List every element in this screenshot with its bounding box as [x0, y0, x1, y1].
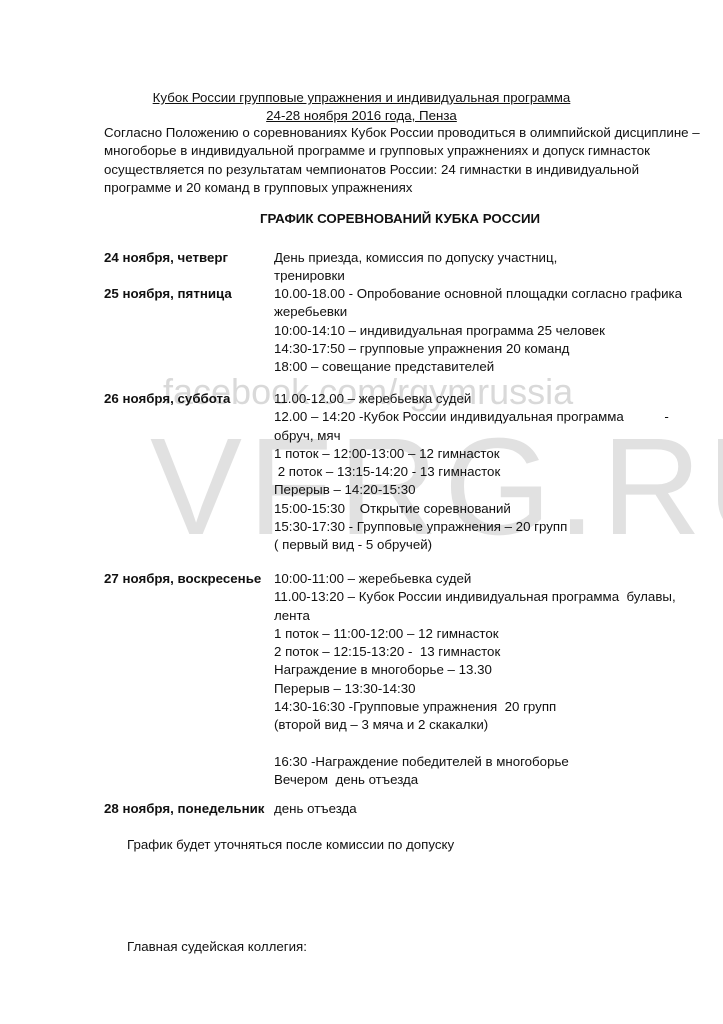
schedule-line: день отъезда: [274, 800, 714, 818]
schedule-line: 2 поток – 13:15-14:20 - 13 гимнасток: [274, 463, 714, 481]
schedule-line: 14:30-17:50 – групповые упражнения 20 ко…: [274, 340, 714, 358]
day-schedule: 11.00-12.00 – жеребьевка судей12.00 – 14…: [274, 390, 714, 555]
schedule-line: Перерыв – 13:30-14:30: [274, 680, 714, 698]
document-subtitle-dates: 24-28 ноября 2016 года, Пенза: [0, 107, 723, 125]
schedule-line: 15:30-17:30 - Групповые упражнения – 20 …: [274, 518, 714, 536]
schedule-line: 14:30-16:30 -Групповые упражнения 20 гру…: [274, 698, 714, 716]
day-label: 25 ноября, пятница: [104, 285, 232, 303]
schedule-line: 10:00-11:00 – жеребьевка судей: [274, 570, 714, 588]
schedule-line: 10.00-18.00 - Опробование основной площа…: [274, 285, 714, 303]
schedule-line: 12.00 – 14:20 -Кубок России индивидуальн…: [274, 408, 714, 426]
schedule-line: лента: [274, 607, 714, 625]
schedule-line: Перерыв – 14:20-15:30: [274, 481, 714, 499]
schedule-line: [274, 735, 714, 753]
schedule-line: 16:30 -Награждение победителей в многобо…: [274, 753, 714, 771]
schedule-note: График будет уточняться после комиссии п…: [127, 836, 454, 854]
document-title: Кубок России групповые упражнения и инди…: [0, 89, 723, 107]
schedule-line: 11.00-12.00 – жеребьевка судей: [274, 390, 714, 408]
schedule-line: 1 поток – 12:00-13:00 – 12 гимнасток: [274, 445, 714, 463]
schedule-line: ( первый вид - 5 обручей): [274, 536, 714, 554]
day-schedule: 10:00-11:00 – жеребьевка судей11.00-13:2…: [274, 570, 714, 790]
day-label: 28 ноября, понедельник: [104, 800, 264, 818]
signature-line: Главная судейская коллегия:: [127, 938, 307, 956]
day-label: 24 ноября, четверг: [104, 249, 228, 267]
schedule-line: 10:00-14:10 – индивидуальная программа 2…: [274, 322, 714, 340]
document-page: facebook.com/rgymrussia VFRG.RU Кубок Ро…: [0, 0, 723, 1024]
schedule-line: 15:00-15:30 Открытие соревнований: [274, 500, 714, 518]
schedule-line: Награждение в многоборье – 13.30: [274, 661, 714, 679]
day-label: 26 ноября, суббота: [104, 390, 230, 408]
schedule-line: 1 поток – 11:00-12:00 – 12 гимнасток: [274, 625, 714, 643]
schedule-line: Вечером день отъезда: [274, 771, 714, 789]
day-schedule: день отъезда: [274, 800, 714, 818]
day-schedule: 10.00-18.00 - Опробование основной площа…: [274, 285, 714, 376]
schedule-line: 2 поток – 12:15-13:20 - 13 гимнасток: [274, 643, 714, 661]
schedule-line: День приезда, комиссия по допуску участн…: [274, 249, 714, 267]
schedule-line: (второй вид – 3 мяча и 2 скакалки): [274, 716, 714, 734]
schedule-line: 11.00-13:20 – Кубок России индивидуальна…: [274, 588, 714, 606]
day-schedule: День приезда, комиссия по допуску участн…: [274, 249, 714, 286]
schedule-line: обруч, мяч: [274, 427, 714, 445]
day-label: 27 ноября, воскресенье: [104, 570, 261, 588]
intro-paragraph: Согласно Положению о соревнованиях Кубок…: [104, 124, 704, 198]
schedule-line: 18:00 – совещание представителей: [274, 358, 714, 376]
schedule-line: тренировки: [274, 267, 714, 285]
schedule-heading: ГРАФИК СОРЕВНОВАНИЙ КУБКА РОССИИ: [0, 211, 723, 226]
schedule-line: жеребьевки: [274, 303, 714, 321]
